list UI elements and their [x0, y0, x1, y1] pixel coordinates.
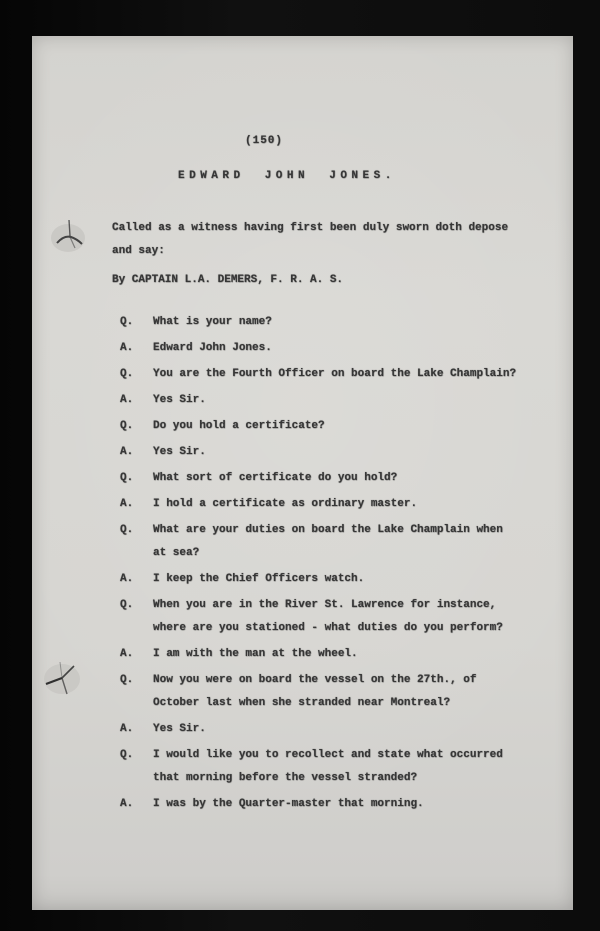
qa-row: A.I hold a certificate as ordinary maste…	[120, 493, 565, 516]
qa-speaker: A.	[120, 643, 153, 666]
qa-row: Q.When you are in the River St. Lawrence…	[120, 594, 565, 640]
qa-row: Q.What is your name?	[120, 311, 565, 334]
qa-speaker: Q.	[120, 363, 153, 386]
qa-speaker: Q.	[120, 467, 153, 490]
qa-speaker: A.	[120, 493, 153, 516]
qa-speaker: A.	[120, 337, 153, 360]
qa-speaker: Q.	[120, 311, 153, 334]
qa-row: A.Yes Sir.	[120, 389, 565, 412]
qa-row: Q.You are the Fourth Officer on board th…	[120, 363, 565, 386]
qa-speaker: Q.	[120, 415, 153, 438]
qa-speaker: Q.	[120, 744, 153, 767]
qa-row: Q.Now you were on board the vessel on th…	[120, 669, 565, 715]
qa-speaker: A.	[120, 389, 153, 412]
qa-speaker: A.	[120, 441, 153, 464]
qa-text: I would like you to recollect and state …	[153, 744, 553, 790]
qa-speaker: Q.	[120, 519, 153, 542]
sworn-preamble: Called as a witness having first been du…	[112, 217, 542, 263]
qa-row: A.I am with the man at the wheel.	[120, 643, 565, 666]
qa-text: Do you hold a certificate?	[153, 415, 553, 438]
page-number: (150)	[245, 130, 283, 153]
qa-text: I hold a certificate as ordinary master.	[153, 493, 553, 516]
qa-speaker: A.	[120, 793, 153, 816]
qa-speaker: Q.	[120, 594, 153, 617]
qa-speaker: Q.	[120, 669, 153, 692]
qa-text: I was by the Quarter-master that morning…	[153, 793, 553, 816]
qa-row: A.I was by the Quarter-master that morni…	[120, 793, 565, 816]
qa-text: What sort of certificate do you hold?	[153, 467, 553, 490]
qa-speaker: A.	[120, 568, 153, 591]
qa-text: Yes Sir.	[153, 389, 553, 412]
examiner-line: By CAPTAIN L.A. DEMERS, F. R. A. S.	[112, 269, 343, 292]
typewritten-text-layer: (150) EDWARD JOHN JONES. Called as a wit…	[32, 36, 573, 910]
qa-row: A.Yes Sir.	[120, 718, 565, 741]
qa-text: I keep the Chief Officers watch.	[153, 568, 553, 591]
qa-speaker: A.	[120, 718, 153, 741]
qa-text: Edward John Jones.	[153, 337, 553, 360]
witness-name-title: EDWARD JOHN JONES.	[178, 165, 396, 188]
qa-row: Q.What sort of certificate do you hold?	[120, 467, 565, 490]
qa-transcript: Q.What is your name? A.Edward John Jones…	[120, 311, 565, 819]
qa-text: You are the Fourth Officer on board the …	[153, 363, 553, 386]
qa-text: Yes Sir.	[153, 441, 553, 464]
qa-text: Yes Sir.	[153, 718, 553, 741]
qa-row: A.Edward John Jones.	[120, 337, 565, 360]
qa-row: A.I keep the Chief Officers watch.	[120, 568, 565, 591]
document-page: (150) EDWARD JOHN JONES. Called as a wit…	[32, 36, 573, 910]
qa-text: When you are in the River St. Lawrence f…	[153, 594, 553, 640]
qa-text: I am with the man at the wheel.	[153, 643, 553, 666]
qa-row: Q.Do you hold a certificate?	[120, 415, 565, 438]
qa-row: Q.What are your duties on board the Lake…	[120, 519, 565, 565]
scan-background: (150) EDWARD JOHN JONES. Called as a wit…	[0, 0, 600, 931]
qa-text: Now you were on board the vessel on the …	[153, 669, 553, 715]
qa-row: A.Yes Sir.	[120, 441, 565, 464]
qa-text: What are your duties on board the Lake C…	[153, 519, 553, 565]
qa-row: Q.I would like you to recollect and stat…	[120, 744, 565, 790]
qa-text: What is your name?	[153, 311, 553, 334]
